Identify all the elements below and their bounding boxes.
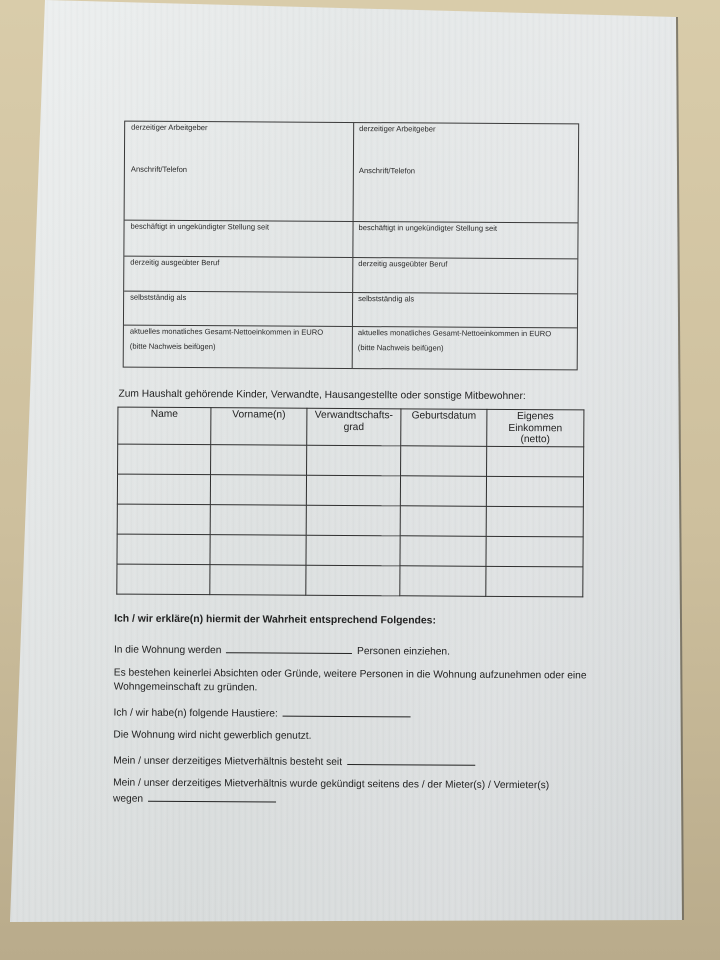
table-cell[interactable] bbox=[117, 504, 210, 535]
table-row bbox=[117, 504, 583, 537]
field-label: aktuelles monatliches Gesamt-Nettoeinkom… bbox=[130, 327, 323, 337]
household-table: Name Vorname(n) Verwandtschafts-grad Geb… bbox=[116, 407, 584, 598]
field-label: beschäftigt in ungekündigter Stellung se… bbox=[131, 222, 270, 232]
employment-table: derzeitiger Arbeitgeber Anschrift/Telefo… bbox=[123, 121, 580, 371]
field-sublabel: (bitte Nachweis beifügen) bbox=[358, 344, 577, 354]
persons-suffix: Personen einziehen. bbox=[357, 646, 450, 658]
persons-prefix: In die Wohnung werden bbox=[114, 645, 221, 657]
table-cell[interactable] bbox=[306, 565, 400, 596]
employment-column-applicant-1: derzeitiger Arbeitgeber Anschrift/Telefo… bbox=[124, 122, 354, 368]
table-cell[interactable] bbox=[306, 535, 400, 566]
persons-moving-in-line: In die Wohnung werden Personen einziehen… bbox=[114, 642, 450, 660]
tenancy-since-line: Mein / unser derzeitiges Mietverhältnis … bbox=[113, 753, 477, 771]
field-label: derzeitig ausgeübter Beruf bbox=[130, 258, 219, 268]
employment-column-applicant-2: derzeitiger Arbeitgeber Anschrift/Telefo… bbox=[352, 123, 578, 369]
table-cell[interactable] bbox=[306, 505, 400, 536]
net-income-field[interactable]: aktuelles monatliches Gesamt-Nettoeinkom… bbox=[124, 325, 352, 370]
column-header-birth-date: Geburtsdatum bbox=[401, 409, 487, 447]
table-cell[interactable] bbox=[486, 476, 583, 507]
table-row bbox=[117, 474, 583, 507]
table-cell[interactable] bbox=[118, 444, 211, 475]
table-cell[interactable] bbox=[210, 475, 306, 506]
employed-since-field[interactable]: beschäftigt in ungekündigter Stellung se… bbox=[352, 221, 577, 258]
table-cell[interactable] bbox=[400, 506, 486, 537]
statement-line-1: Es bestehen keinerlei Absichten oder Grü… bbox=[114, 668, 587, 682]
table-cell[interactable] bbox=[117, 474, 210, 505]
field-label: derzeitig ausgeübter Beruf bbox=[358, 259, 447, 269]
table-cell[interactable] bbox=[487, 446, 584, 477]
table-cell[interactable] bbox=[210, 565, 306, 596]
table-cell[interactable] bbox=[210, 535, 306, 566]
net-income-field[interactable]: aktuelles monatliches Gesamt-Nettoeinkom… bbox=[352, 326, 577, 371]
table-cell[interactable] bbox=[400, 476, 486, 507]
terminated-prefix: wegen bbox=[113, 793, 143, 804]
field-sublabel: Anschrift/Telefon bbox=[131, 166, 353, 176]
employed-since-field[interactable]: beschäftigt in ungekündigter Stellung se… bbox=[124, 220, 352, 257]
termination-reason-field[interactable] bbox=[148, 791, 276, 803]
table-cell[interactable] bbox=[486, 506, 583, 537]
table-row bbox=[117, 564, 583, 597]
field-sublabel: Anschrift/Telefon bbox=[359, 167, 578, 177]
table-cell[interactable] bbox=[401, 446, 487, 477]
current-employer-field[interactable]: derzeitiger Arbeitgeber Anschrift/Telefo… bbox=[353, 123, 579, 222]
table-cell[interactable] bbox=[306, 475, 400, 506]
table-cell[interactable] bbox=[486, 566, 583, 597]
column-header-first-name: Vorname(n) bbox=[211, 408, 307, 446]
table-cell[interactable] bbox=[117, 534, 210, 565]
household-heading: Zum Haushalt gehörende Kinder, Verwandte… bbox=[118, 389, 525, 402]
table-row bbox=[117, 534, 583, 567]
column-header-own-income: EigenesEinkommen(netto) bbox=[487, 409, 584, 447]
field-label: selbstständig als bbox=[358, 294, 414, 303]
table-cell[interactable] bbox=[117, 564, 210, 595]
occupation-field[interactable]: derzeitig ausgeübter Beruf bbox=[352, 257, 577, 293]
self-employed-field[interactable]: selbstständig als bbox=[124, 291, 352, 326]
table-cell[interactable] bbox=[307, 445, 401, 476]
occupation-field[interactable]: derzeitig ausgeübter Beruf bbox=[124, 256, 352, 292]
table-cell[interactable] bbox=[400, 566, 486, 597]
table-cell[interactable] bbox=[211, 445, 307, 476]
table-header-row: Name Vorname(n) Verwandtschafts-grad Geb… bbox=[118, 407, 584, 447]
table-cell[interactable] bbox=[210, 505, 306, 536]
table-cell[interactable] bbox=[400, 536, 486, 567]
form-content: derzeitiger Arbeitgeber Anschrift/Telefo… bbox=[0, 0, 720, 960]
tenancy-terminated-statement: Mein / unser derzeitiges Mietverhältnis … bbox=[113, 777, 549, 809]
pets-line: Ich / wir habe(n) folgende Haustiere: bbox=[114, 705, 413, 723]
no-additional-persons-statement: Es bestehen keinerlei Absichten oder Grü… bbox=[114, 667, 587, 697]
persons-count-field[interactable] bbox=[226, 642, 352, 654]
field-label: derzeitiger Arbeitgeber bbox=[359, 124, 435, 133]
tenancy-since-field[interactable] bbox=[347, 754, 475, 766]
tenancy-since-prefix: Mein / unser derzeitiges Mietverhältnis … bbox=[113, 756, 342, 768]
pets-field[interactable] bbox=[283, 706, 411, 718]
declaration-heading: Ich / wir erkläre(n) hiermit der Wahrhei… bbox=[114, 613, 436, 629]
column-header-relationship: Verwandtschafts-grad bbox=[307, 408, 401, 446]
field-sublabel: (bitte Nachweis beifügen) bbox=[130, 343, 352, 353]
field-label: derzeitiger Arbeitgeber bbox=[131, 123, 207, 132]
self-employed-field[interactable]: selbstständig als bbox=[352, 292, 577, 327]
field-label: aktuelles monatliches Gesamt-Nettoeinkom… bbox=[358, 328, 551, 338]
current-employer-field[interactable]: derzeitiger Arbeitgeber Anschrift/Telefo… bbox=[125, 122, 354, 221]
not-commercial-statement: Die Wohnung wird nicht gewerblich genutz… bbox=[113, 729, 311, 744]
statement-line-2: Wohngemeinschaft zu gründen. bbox=[114, 681, 258, 693]
table-row bbox=[118, 444, 584, 477]
terminated-line-1: Mein / unser derzeitiges Mietverhältnis … bbox=[113, 778, 549, 792]
field-label: selbstständig als bbox=[130, 293, 186, 302]
table-cell[interactable] bbox=[486, 536, 583, 567]
column-header-name: Name bbox=[118, 407, 211, 445]
pets-prefix: Ich / wir habe(n) folgende Haustiere: bbox=[114, 708, 278, 720]
field-label: beschäftigt in ungekündigter Stellung se… bbox=[359, 223, 498, 233]
